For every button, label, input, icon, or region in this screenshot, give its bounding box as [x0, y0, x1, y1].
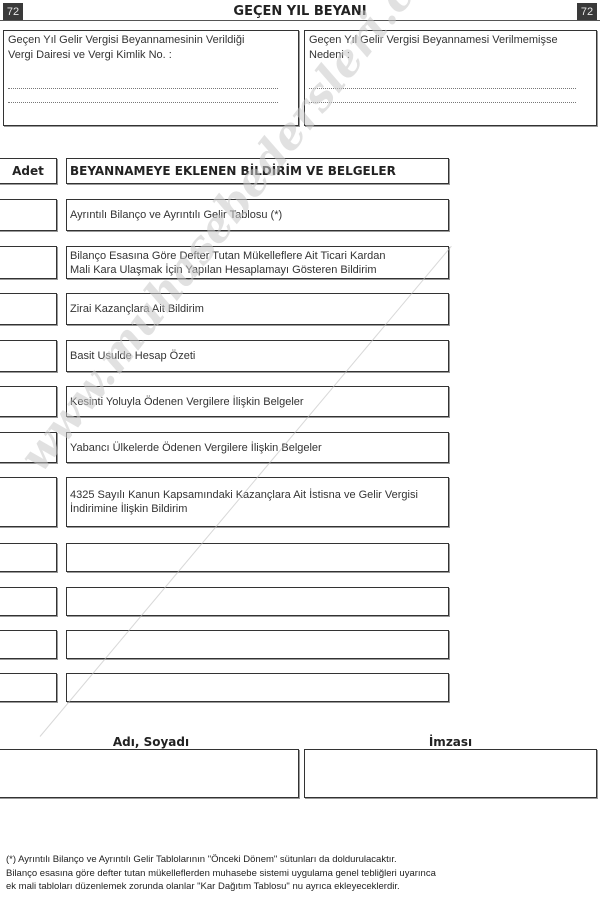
attachment-item-line1: Basit Usulde Hesap Özeti — [70, 349, 195, 363]
attachment-item[interactable]: Kesinti Yoluyla Ödenen Vergilere İlişkin… — [66, 386, 449, 417]
name-field[interactable] — [0, 749, 299, 798]
count-field[interactable] — [0, 630, 57, 659]
count-field[interactable] — [0, 293, 57, 325]
signature-field[interactable] — [304, 749, 597, 798]
dotted-line — [8, 88, 278, 89]
attachment-item-text: Yabancı Ülkelerde Ödenen Vergilere İlişk… — [70, 441, 322, 455]
attachment-item-text: Kesinti Yoluyla Ödenen Vergilere İlişkin… — [70, 395, 304, 409]
count-field[interactable] — [0, 543, 57, 572]
reason-box[interactable]: Geçen Yıl Gelir Vergisi Beyannamesi Veri… — [304, 30, 597, 126]
count-field[interactable] — [0, 587, 57, 616]
count-field[interactable] — [0, 340, 57, 372]
count-field[interactable] — [0, 477, 57, 527]
count-column-header: Adet — [0, 158, 57, 184]
tax-office-label-line2: Vergi Dairesi ve Vergi Kimlik No. : — [8, 48, 294, 63]
attachment-item-line1: Kesinti Yoluyla Ödenen Vergilere İlişkin… — [70, 395, 304, 409]
footnote-line1: (*) Ayrıntılı Bilanço ve Ayrıntılı Gelir… — [6, 853, 436, 867]
attachment-item[interactable]: Yabancı Ülkelerde Ödenen Vergilere İlişk… — [66, 432, 449, 463]
attachment-item-line2: İndirimine İlişkin Bildirim — [70, 502, 418, 516]
dotted-line — [309, 102, 576, 103]
footnote-line2: Bilanço esasına göre defter tutan mükell… — [6, 867, 436, 881]
count-field[interactable] — [0, 432, 57, 463]
footnote: (*) Ayrıntılı Bilanço ve Ayrıntılı Gelir… — [6, 853, 436, 894]
attachment-item-line1: Zirai Kazançlara Ait Bildirim — [70, 302, 204, 316]
reason-label-line2: Nedeni : — [309, 48, 592, 63]
count-field[interactable] — [0, 673, 57, 702]
attachment-item-line1: Yabancı Ülkelerde Ödenen Vergilere İlişk… — [70, 441, 322, 455]
attachment-item[interactable]: Basit Usulde Hesap Özeti — [66, 340, 449, 372]
attachment-item-text: 4325 Sayılı Kanun Kapsamındaki Kazançlar… — [70, 488, 418, 516]
name-label: Adı, Soyadı — [3, 735, 299, 749]
attachment-item-line1: Ayrıntılı Bilanço ve Ayrıntılı Gelir Tab… — [70, 208, 282, 222]
attachment-item-text: Zirai Kazançlara Ait Bildirim — [70, 302, 204, 316]
attachment-item-line1: Bilanço Esasına Göre Defter Tutan Mükell… — [70, 249, 386, 263]
attachment-item-line1: 4325 Sayılı Kanun Kapsamındaki Kazançlar… — [70, 488, 418, 502]
count-field[interactable] — [0, 246, 57, 279]
attachment-item-text: Bilanço Esasına Göre Defter Tutan Mükell… — [70, 249, 386, 277]
attachment-item-text: Ayrıntılı Bilanço ve Ayrıntılı Gelir Tab… — [70, 208, 282, 222]
footnote-line3: ek mali tabloları düzenlemek zorunda ola… — [6, 880, 436, 894]
attachment-item[interactable] — [66, 673, 449, 702]
signature-label: İmzası — [304, 735, 597, 749]
attachment-item-text: Basit Usulde Hesap Özeti — [70, 349, 195, 363]
count-field[interactable] — [0, 386, 57, 417]
reason-label-line1: Geçen Yıl Gelir Vergisi Beyannamesi Veri… — [309, 33, 592, 48]
count-field[interactable] — [0, 199, 57, 231]
page-title: GEÇEN YIL BEYANI — [0, 4, 600, 19]
dotted-line — [8, 102, 278, 103]
attachment-item[interactable]: 4325 Sayılı Kanun Kapsamındaki Kazançlar… — [66, 477, 449, 527]
attachment-item[interactable] — [66, 587, 449, 616]
attachment-item-line2: Mali Kara Ulaşmak İçin Yapılan Hesaplama… — [70, 263, 386, 277]
attachment-item[interactable] — [66, 630, 449, 659]
tax-office-label-line1: Geçen Yıl Gelir Vergisi Beyannamesinin V… — [8, 33, 294, 48]
dotted-line — [309, 88, 576, 89]
attachment-item[interactable]: Ayrıntılı Bilanço ve Ayrıntılı Gelir Tab… — [66, 199, 449, 231]
attachment-item[interactable]: Bilanço Esasına Göre Defter Tutan Mükell… — [66, 246, 449, 279]
attachment-item[interactable]: Zirai Kazançlara Ait Bildirim — [66, 293, 449, 325]
attachments-header: BEYANNAMEYE EKLENEN BİLDİRİM VE BELGELER — [66, 158, 449, 184]
attachment-item[interactable] — [66, 543, 449, 572]
tax-office-box[interactable]: Geçen Yıl Gelir Vergisi Beyannamesinin V… — [3, 30, 299, 126]
